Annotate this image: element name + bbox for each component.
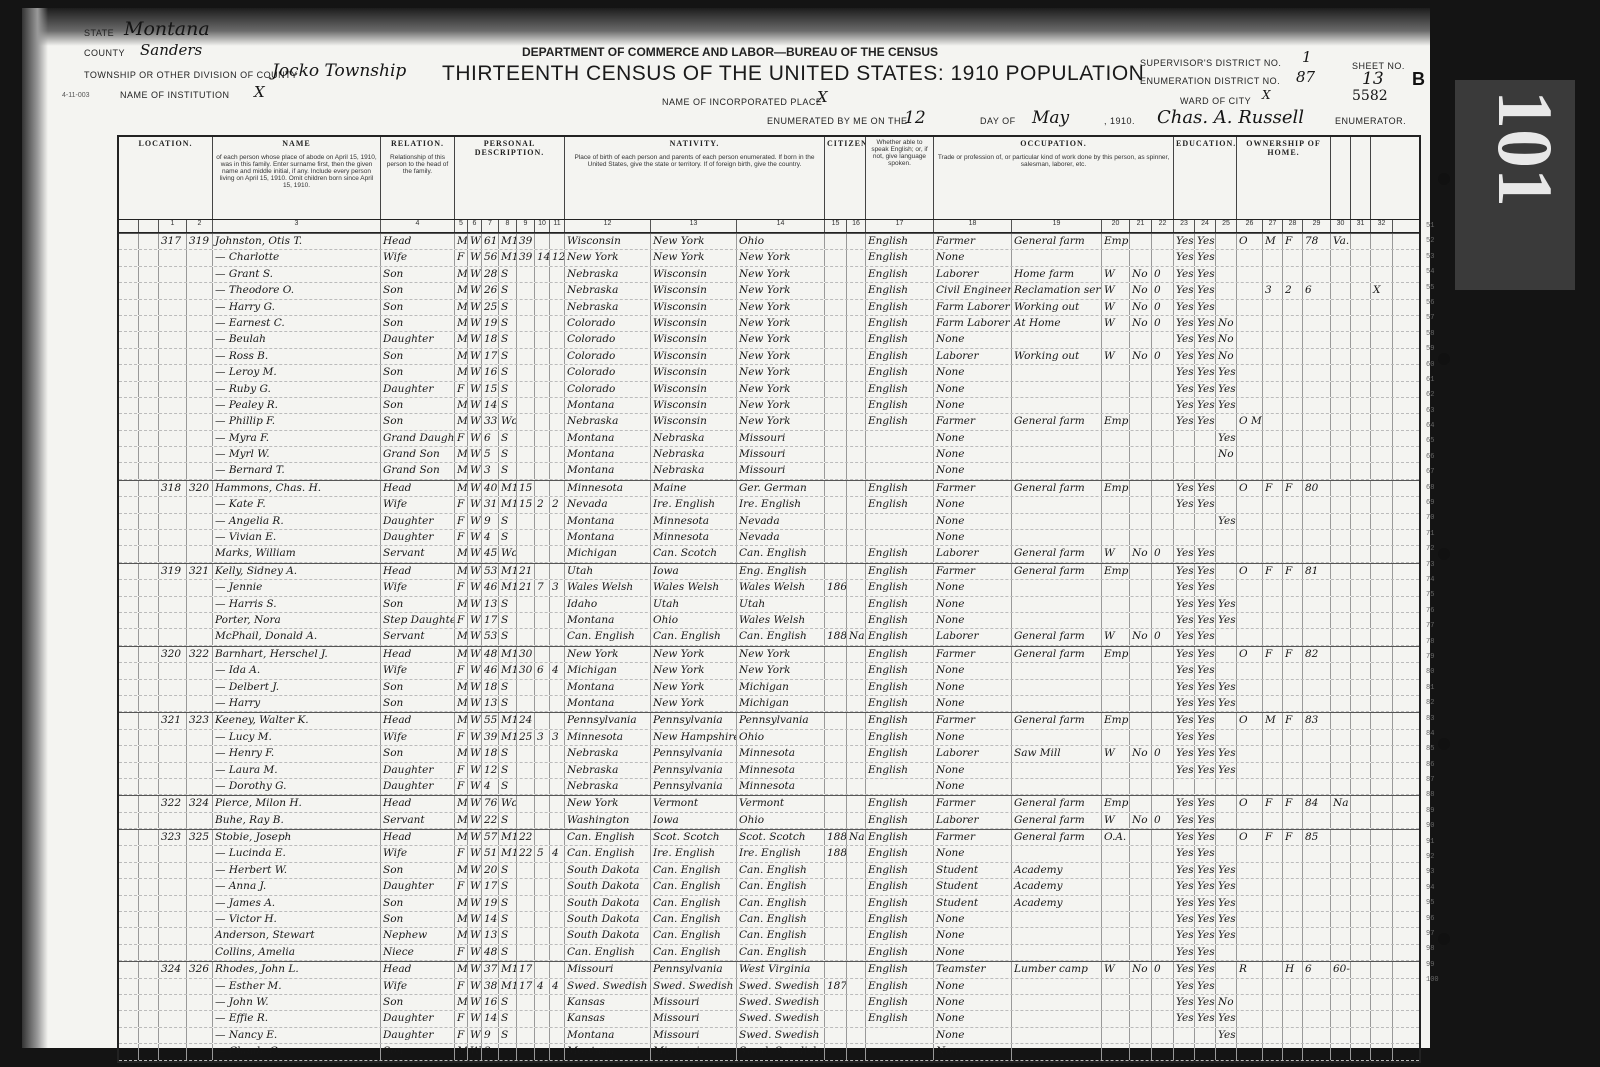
cell-name: — Kate F. xyxy=(213,497,381,512)
cell-farm xyxy=(1283,680,1303,695)
cell-race: W xyxy=(468,779,482,794)
cell-marital: S xyxy=(499,945,517,960)
cell-relation: Grand Son xyxy=(381,447,455,462)
cell-family xyxy=(187,546,213,561)
cell-deaf xyxy=(1371,979,1393,994)
cell-dwelling xyxy=(159,382,187,397)
cell-dwelling xyxy=(159,613,187,628)
cell-write: Yes xyxy=(1195,846,1216,861)
cell-mbp: New York xyxy=(737,332,825,347)
cell-nat xyxy=(847,945,866,960)
cell-age: 16 xyxy=(482,995,499,1010)
cell-fbp: Wisconsin xyxy=(651,382,737,397)
cell-farm xyxy=(1283,530,1303,545)
cell-fbp: Scot. Scotch xyxy=(651,830,737,845)
cell-trade: None xyxy=(934,763,1012,778)
cell-location xyxy=(119,250,139,265)
cell-age: 4 xyxy=(482,530,499,545)
cell-relation: Wife xyxy=(381,580,455,595)
line-number: 87 xyxy=(1426,776,1450,791)
cell-blind xyxy=(1351,813,1371,828)
scan-shadow-top xyxy=(22,8,1430,46)
cell-school xyxy=(1216,234,1237,249)
cell-living xyxy=(550,463,565,478)
cell-name: — Ruby G. xyxy=(213,382,381,397)
cell-own xyxy=(1237,613,1263,628)
cell-farm: F xyxy=(1283,830,1303,845)
cell-read: Yes xyxy=(1174,349,1195,364)
cell-born xyxy=(535,597,550,612)
cell-out xyxy=(1130,398,1152,413)
cell-fbp: Nebraska xyxy=(651,463,737,478)
header-citizenship: CITIZENSHIP. xyxy=(825,137,866,219)
cell-trade: Civil Engineer xyxy=(934,283,1012,298)
cell-lang: English xyxy=(866,962,934,977)
cell-school xyxy=(1216,979,1237,994)
cell-emp xyxy=(1102,730,1130,745)
cell-mbp: Michigan xyxy=(737,696,825,711)
cell-born xyxy=(535,283,550,298)
cell-write: Yes xyxy=(1195,332,1216,347)
cell-race: W xyxy=(468,879,482,894)
cell-imm xyxy=(825,863,847,878)
cell-emp: Emp xyxy=(1102,564,1130,579)
cell-location xyxy=(139,763,159,778)
cell-free xyxy=(1263,945,1283,960)
cell-deaf xyxy=(1371,912,1393,927)
cell-blind xyxy=(1351,481,1371,496)
cell-fbp: Missouri xyxy=(651,995,737,1010)
cell-blind xyxy=(1351,349,1371,364)
cell-trade: None xyxy=(934,1011,1012,1026)
cell-farm: 2 xyxy=(1283,283,1303,298)
cell-dwelling xyxy=(159,779,187,794)
cell-own xyxy=(1237,663,1263,678)
cell-marital: M1 xyxy=(499,663,517,678)
cell-race: W xyxy=(468,414,482,429)
cell-read: Yes xyxy=(1174,746,1195,761)
cell-trade: None xyxy=(934,463,1012,478)
cell-mbp: Can. English xyxy=(737,629,825,644)
cell-living xyxy=(550,746,565,761)
cell-industry xyxy=(1012,1044,1102,1059)
cell-dwelling xyxy=(159,283,187,298)
cell-sex: F xyxy=(455,497,468,512)
cell-years xyxy=(517,879,535,894)
cell-relation: Daughter xyxy=(381,779,455,794)
table-row: — Phillip F.SonMW33WdNebraskaWisconsinNe… xyxy=(119,414,1419,430)
cell-marital: Wd xyxy=(499,796,517,811)
cell-deaf xyxy=(1371,349,1393,364)
cell-mbp: Pennsylvania xyxy=(737,713,825,728)
header-occupation: OCCUPATION.Trade or profession of, or pa… xyxy=(934,137,1174,219)
cell-sched: 85 xyxy=(1303,830,1331,845)
cell-trade: Farmer xyxy=(934,234,1012,249)
cell-marital: S xyxy=(499,746,517,761)
cell-sched xyxy=(1303,629,1331,644)
cell-fbp: Can. English xyxy=(651,912,737,927)
cell-vet xyxy=(1331,1044,1351,1059)
day-of-label: day of xyxy=(980,116,1016,126)
cell-farm xyxy=(1283,514,1303,529)
header-blind xyxy=(1351,137,1371,219)
cell-family: 322 xyxy=(187,647,213,662)
cell-marital: S xyxy=(499,928,517,943)
cell-nat xyxy=(847,912,866,927)
cell-wk: 0 xyxy=(1152,629,1174,644)
cell-marital: M1 xyxy=(499,962,517,977)
cell-born xyxy=(535,481,550,496)
cell-out xyxy=(1130,497,1152,512)
cell-mbp: Ohio xyxy=(737,234,825,249)
cell-years: 39 xyxy=(517,234,535,249)
cell-imm xyxy=(825,796,847,811)
cell-nat xyxy=(847,1044,866,1059)
cell-free xyxy=(1263,846,1283,861)
cell-free xyxy=(1263,680,1283,695)
cell-own: O xyxy=(1237,481,1263,496)
cell-trade: Farmer xyxy=(934,830,1012,845)
cell-deaf xyxy=(1371,813,1393,828)
cell-mbp: New York xyxy=(737,365,825,380)
cell-born xyxy=(535,431,550,446)
cell-location xyxy=(139,514,159,529)
cell-marital: S xyxy=(499,680,517,695)
cell-name: Kelly, Sidney A. xyxy=(213,564,381,579)
cell-sex: M xyxy=(455,912,468,927)
cell-sched xyxy=(1303,846,1331,861)
cell-lang: English xyxy=(866,629,934,644)
line-number: 54 xyxy=(1426,268,1450,283)
column-number: 31 xyxy=(1351,220,1371,232)
cell-read xyxy=(1174,779,1195,794)
cell-mbp: Nevada xyxy=(737,530,825,545)
cell-mbp: New York xyxy=(737,647,825,662)
cell-location xyxy=(139,879,159,894)
cell-dwelling xyxy=(159,928,187,943)
cell-trade: None xyxy=(934,663,1012,678)
cell-nat xyxy=(847,813,866,828)
cell-living xyxy=(550,414,565,429)
county-label: County xyxy=(84,48,125,58)
cell-age: 61 xyxy=(482,234,499,249)
cell-fbp: Wisconsin xyxy=(651,332,737,347)
cell-bp: Nevada xyxy=(565,497,651,512)
cell-born xyxy=(535,613,550,628)
cell-read: Yes xyxy=(1174,696,1195,711)
cell-fbp: New York xyxy=(651,234,737,249)
cell-location xyxy=(119,431,139,446)
cell-imm xyxy=(825,283,847,298)
cell-industry xyxy=(1012,497,1102,512)
cell-mbp: New York xyxy=(737,267,825,282)
cell-blind xyxy=(1351,564,1371,579)
cell-sched: 6 xyxy=(1303,283,1331,298)
cell-location xyxy=(119,945,139,960)
cell-born xyxy=(535,382,550,397)
line-number: 90 xyxy=(1426,822,1450,837)
cell-blind xyxy=(1351,447,1371,462)
cell-bp: Colorado xyxy=(565,316,651,331)
cell-school xyxy=(1216,283,1237,298)
cell-free xyxy=(1263,763,1283,778)
cell-nat xyxy=(847,481,866,496)
cell-sex: M xyxy=(455,796,468,811)
cell-emp xyxy=(1102,365,1130,380)
cell-fbp: Iowa xyxy=(651,813,737,828)
cell-wk xyxy=(1152,382,1174,397)
cell-nat xyxy=(847,696,866,711)
cell-location xyxy=(119,398,139,413)
cell-blind xyxy=(1351,846,1371,861)
cell-free xyxy=(1263,696,1283,711)
cell-school: No xyxy=(1216,316,1237,331)
cell-deaf xyxy=(1371,696,1393,711)
cell-vet xyxy=(1331,597,1351,612)
cell-emp: W xyxy=(1102,267,1130,282)
cell-out xyxy=(1130,1011,1152,1026)
cell-age: 45 xyxy=(482,546,499,561)
cell-vet xyxy=(1331,995,1351,1010)
institution-value: X xyxy=(254,83,265,101)
cell-imm xyxy=(825,613,847,628)
cell-relation: Head xyxy=(381,962,455,977)
cell-name: — Bernard T. xyxy=(213,463,381,478)
cell-family xyxy=(187,995,213,1010)
line-number: 89 xyxy=(1426,807,1450,822)
cell-race: W xyxy=(468,663,482,678)
cell-family xyxy=(187,879,213,894)
cell-imm xyxy=(825,481,847,496)
cell-born xyxy=(535,1028,550,1043)
cell-imm xyxy=(825,431,847,446)
cell-race: W xyxy=(468,928,482,943)
cell-bp: Can. English xyxy=(565,830,651,845)
cell-wk xyxy=(1152,796,1174,811)
cell-relation: Step Daughter xyxy=(381,613,455,628)
cell-bp: Colorado xyxy=(565,365,651,380)
cell-vet xyxy=(1331,879,1351,894)
incorporated-place-value: X xyxy=(817,88,828,106)
cell-location xyxy=(139,1044,159,1059)
cell-born: 5 xyxy=(535,846,550,861)
cell-bp: Michigan xyxy=(565,546,651,561)
cell-read: Yes xyxy=(1174,300,1195,315)
cell-relation: Son xyxy=(381,349,455,364)
cell-dwelling xyxy=(159,431,187,446)
cell-name: Collins, Amelia xyxy=(213,945,381,960)
cell-living xyxy=(550,680,565,695)
cell-location xyxy=(139,431,159,446)
cell-blind xyxy=(1351,979,1371,994)
cell-location xyxy=(119,530,139,545)
cell-industry xyxy=(1012,680,1102,695)
cell-deaf xyxy=(1371,663,1393,678)
cell-fbp: Missouri xyxy=(651,1011,737,1026)
cell-race: W xyxy=(468,497,482,512)
cell-lang: English xyxy=(866,316,934,331)
cell-location xyxy=(139,1011,159,1026)
cell-age: 9 xyxy=(482,514,499,529)
cell-born xyxy=(535,928,550,943)
cell-race: W xyxy=(468,830,482,845)
cell-industry xyxy=(1012,431,1102,446)
cell-wk xyxy=(1152,1044,1174,1059)
cell-vet xyxy=(1331,896,1351,911)
cell-sched: 82 xyxy=(1303,647,1331,662)
cell-free: M xyxy=(1263,234,1283,249)
cell-wk xyxy=(1152,979,1174,994)
cell-school: Yes xyxy=(1216,912,1237,927)
cell-deaf xyxy=(1371,1011,1393,1026)
cell-years xyxy=(517,680,535,695)
cell-free xyxy=(1263,250,1283,265)
cell-marital: Wd xyxy=(499,414,517,429)
census-rows: 317319Johnston, Otis T.HeadMW61M139Wisco… xyxy=(119,233,1419,1061)
cell-age: 76 xyxy=(482,796,499,811)
cell-years xyxy=(517,629,535,644)
cell-sex: M xyxy=(455,647,468,662)
cell-relation: Servant xyxy=(381,629,455,644)
cell-deaf xyxy=(1371,564,1393,579)
cell-bp: Can. English xyxy=(565,846,651,861)
cell-mbp: Wales Welsh xyxy=(737,580,825,595)
cell-age: 22 xyxy=(482,813,499,828)
cell-mbp: Swed. Swedish xyxy=(737,1028,825,1043)
cell-wk xyxy=(1152,580,1174,595)
cell-deaf xyxy=(1371,613,1393,628)
cell-living xyxy=(550,995,565,1010)
cell-location xyxy=(139,647,159,662)
line-number: 100 xyxy=(1426,976,1450,991)
cell-nat xyxy=(847,267,866,282)
cell-vet xyxy=(1331,481,1351,496)
cell-sex: M xyxy=(455,830,468,845)
cell-industry xyxy=(1012,597,1102,612)
cell-location xyxy=(139,713,159,728)
table-row: — Theodore O.SonMW26SNebraskaWisconsinNe… xyxy=(119,283,1419,299)
cell-relation: Wife xyxy=(381,663,455,678)
cell-name: — Theodore O. xyxy=(213,283,381,298)
cell-mbp: New York xyxy=(737,414,825,429)
cell-years xyxy=(517,1028,535,1043)
cell-imm xyxy=(825,813,847,828)
cell-location xyxy=(119,962,139,977)
line-number: 86 xyxy=(1426,761,1450,776)
table-row: — Laura M.DaughterFW12SNebraskaPennsylva… xyxy=(119,763,1419,779)
cell-free xyxy=(1263,1044,1283,1059)
cell-nat xyxy=(847,962,866,977)
cell-race: W xyxy=(468,912,482,927)
cell-deaf xyxy=(1371,447,1393,462)
cell-marital: S xyxy=(499,597,517,612)
enumeration-district-value: 87 xyxy=(1296,68,1315,86)
cell-school: No xyxy=(1216,332,1237,347)
cell-emp xyxy=(1102,580,1130,595)
cell-read: Yes xyxy=(1174,912,1195,927)
cell-write xyxy=(1195,1028,1216,1043)
cell-years xyxy=(517,382,535,397)
cell-name: — Harry xyxy=(213,696,381,711)
cell-location xyxy=(139,382,159,397)
cell-sched xyxy=(1303,763,1331,778)
cell-born xyxy=(535,779,550,794)
cell-own xyxy=(1237,463,1263,478)
cell-free xyxy=(1263,1028,1283,1043)
cell-vet xyxy=(1331,514,1351,529)
cell-lang: English xyxy=(866,813,934,828)
cell-free xyxy=(1263,928,1283,943)
cell-vet xyxy=(1331,497,1351,512)
cell-vet xyxy=(1331,613,1351,628)
cell-emp: Emp xyxy=(1102,414,1130,429)
cell-race: W xyxy=(468,896,482,911)
cell-school xyxy=(1216,945,1237,960)
cell-school xyxy=(1216,414,1237,429)
cell-bp: Nebraska xyxy=(565,414,651,429)
cell-vet xyxy=(1331,316,1351,331)
cell-imm xyxy=(825,447,847,462)
cell-years: 15 xyxy=(517,481,535,496)
cell-imm xyxy=(825,746,847,761)
cell-school xyxy=(1216,779,1237,794)
cell-location xyxy=(119,597,139,612)
cell-trade: None xyxy=(934,530,1012,545)
cell-fbp: Can. Scotch xyxy=(651,546,737,561)
cell-own xyxy=(1237,365,1263,380)
cell-vet xyxy=(1331,945,1351,960)
cell-blind xyxy=(1351,1028,1371,1043)
cell-trade: None xyxy=(934,514,1012,529)
cell-own xyxy=(1237,896,1263,911)
cell-write: Yes xyxy=(1195,398,1216,413)
cell-wk: 0 xyxy=(1152,283,1174,298)
cell-out xyxy=(1130,530,1152,545)
cell-dwelling xyxy=(159,463,187,478)
cell-fbp: Can. English xyxy=(651,896,737,911)
cell-emp xyxy=(1102,1044,1130,1059)
table-row: 317319Johnston, Otis T.HeadMW61M139Wisco… xyxy=(119,233,1419,250)
cell-industry xyxy=(1012,696,1102,711)
cell-born xyxy=(535,514,550,529)
cell-dwelling xyxy=(159,597,187,612)
cell-mbp: New York xyxy=(737,250,825,265)
cell-sex: M xyxy=(455,463,468,478)
cell-vet xyxy=(1331,398,1351,413)
cell-trade: Farmer xyxy=(934,564,1012,579)
column-number: 7 xyxy=(482,220,499,232)
table-row: 324326Rhodes, John L.HeadMW37M117Missour… xyxy=(119,961,1419,978)
cell-farm xyxy=(1283,365,1303,380)
ward-label: Ward of city xyxy=(1180,96,1251,106)
cell-sched xyxy=(1303,414,1331,429)
cell-out: No xyxy=(1130,813,1152,828)
cell-name: — Anna J. xyxy=(213,879,381,894)
cell-vet xyxy=(1331,414,1351,429)
cell-farm xyxy=(1283,300,1303,315)
cell-relation: Son xyxy=(381,1044,455,1059)
cell-free: F xyxy=(1263,647,1283,662)
cell-name: Pierce, Milon H. xyxy=(213,796,381,811)
table-row: — Vivian E.DaughterFW4SMontanaMinnesotaN… xyxy=(119,530,1419,546)
cell-school xyxy=(1216,250,1237,265)
cell-farm xyxy=(1283,546,1303,561)
cell-living: 3 xyxy=(550,730,565,745)
cell-family xyxy=(187,1028,213,1043)
cell-marital xyxy=(499,1044,517,1059)
cell-imm xyxy=(825,332,847,347)
table-row: — Harry G.SonMW25SNebraskaWisconsinNew Y… xyxy=(119,300,1419,316)
